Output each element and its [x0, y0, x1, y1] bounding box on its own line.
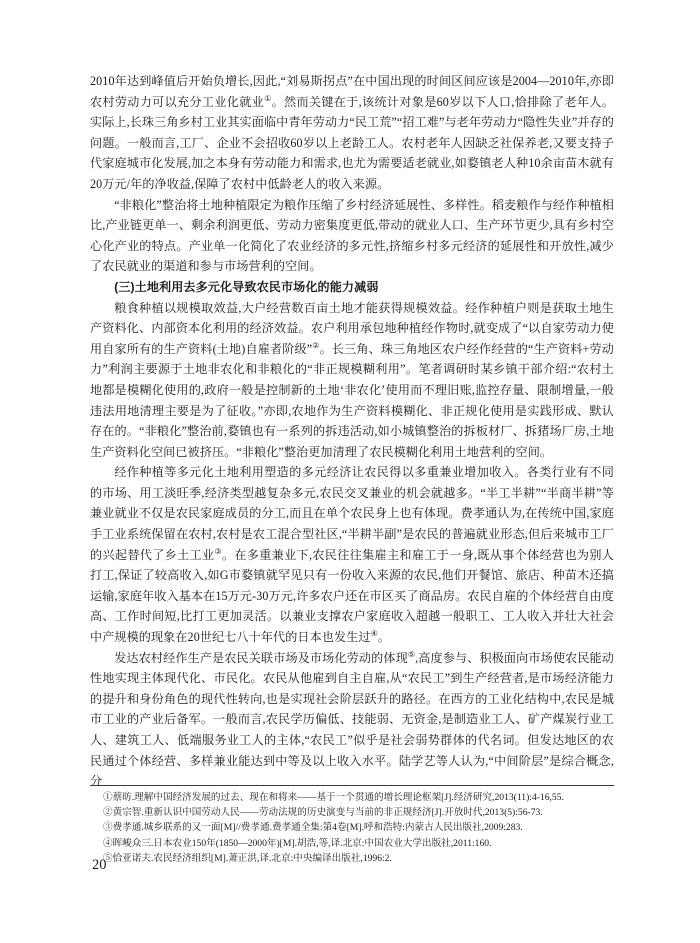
section-heading: (三)土地利用去多元化导致农民市场化的能力减弱: [90, 277, 614, 298]
footnote-2: ②黄宗智.重新认识中国劳动人民——劳动法规的历史演变与当前的非正规经济[J].开…: [90, 805, 614, 820]
paragraph-continuation: 2010年达到峰值后开始负增长,因此,“刘易斯拐点”在中国出现的时间区间应该是2…: [90, 71, 614, 195]
footnote-5: ⑤恰亚诺夫.农民经济组织[M].萧正洪,译.北京:中央编译出版社,1996:2.: [90, 851, 614, 866]
footnote-ref-icon: ②: [312, 341, 319, 350]
footnote-separator: [90, 785, 614, 786]
footnote-1: ①蔡昉.理解中国经济发展的过去、现在和将来——基于一个贯通的增长理论框架[J].…: [90, 790, 614, 805]
footnote-4: ④晖峻众三.日本农业150年(1850—2000年)[M].胡浩,等,译.北京:…: [90, 836, 614, 851]
paragraph-duochong-jianye: 经作种植等多元化土地利用塑造的多元经济让农民得以多重兼业增加收入。各类行业有不同…: [90, 462, 614, 647]
footnote-ref-icon: ①: [264, 94, 272, 103]
footnote-list: ①蔡昉.理解中国经济发展的过去、现在和将来——基于一个贯通的增长理论框架[J].…: [90, 790, 614, 866]
paragraph-feiliang-zhengzhi: “非粮化”整治将土地种植限定为粮作压缩了乡村经济延展性、多样性。稻麦粮作与经作种…: [90, 195, 614, 277]
paragraph-shichanghua-laodong: 发达农村经作生产是农民关联市场及市场化劳动的体现⑤,高度参与、积极面向市场使农民…: [90, 648, 614, 792]
paragraph-tudi-shengchanziliao: 粮食种植以规模取效益,大户经营数百亩土地才能获得规模效益。经作种植户则是获取土地…: [90, 298, 614, 463]
journal-page: 2010年达到峰值后开始负增长,因此,“刘易斯拐点”在中国出现的时间区间应该是2…: [0, 0, 700, 943]
page-number: 20: [92, 856, 107, 874]
footnote-ref-icon: ④: [371, 629, 378, 638]
footnote-ref-icon: ⑤: [408, 650, 415, 659]
footnote-3: ③费孝通.城乡联系的又一面[M]//费孝通.费孝通全集:第4卷[M].呼和浩特:…: [90, 820, 614, 835]
article-body: 2010年达到峰值后开始负增长,因此,“刘易斯拐点”在中国出现的时间区间应该是2…: [90, 71, 614, 792]
footnote-ref-icon: ③: [214, 547, 222, 556]
